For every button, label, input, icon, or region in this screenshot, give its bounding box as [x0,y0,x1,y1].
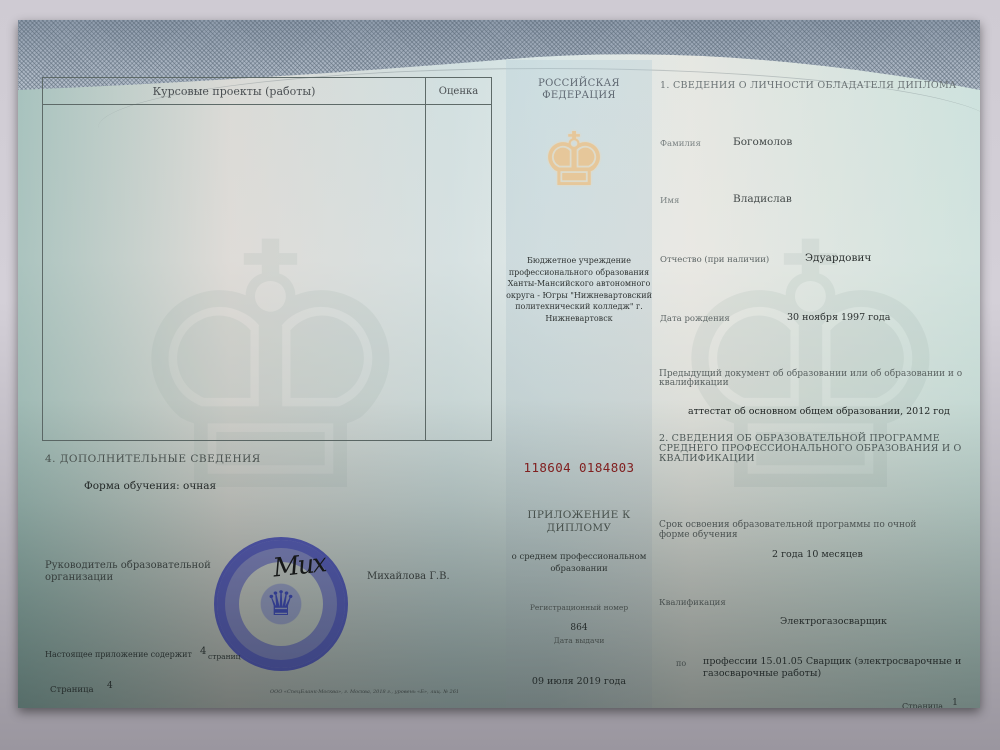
issue-date-label: Дата выдачи [506,636,652,645]
previous-document-value: аттестат об основном общем образовании, … [688,406,950,417]
name-label: Имя [660,196,679,206]
appendix-title: ПРИЛОЖЕНИЕ К ДИПЛОМУ [506,509,652,535]
section-2-title: 2. Сведения об образовательной программе… [659,434,969,464]
birth-date-label: Дата рождения [660,314,730,324]
profession-value: профессии 15.01.05 Сварщик (электросваро… [703,656,980,680]
study-term-label: Срок освоения образовательной программы … [659,520,919,540]
director-label: Руководитель образовательной организации [45,560,215,584]
name-value: Владислав [733,193,792,205]
section-1-title: 1. Сведения о личности обладателя диплом… [660,80,956,91]
registration-number: 864 [506,623,652,633]
issue-date: 09 июля 2019 года [506,676,652,687]
page-number-right: 1 [952,697,958,708]
column-header-grade: Оценка [426,86,491,97]
form-of-study: Форма обучения: очная [84,480,216,492]
double-headed-eagle-icon: ♚ [529,110,619,210]
surname-label: Фамилия [660,139,701,149]
column-header-projects: Курсовые проекты (работы) [43,85,425,98]
emblem-icon: ♛ [255,578,307,630]
country-title: РОССИЙСКАЯ ФЕДЕРАЦИЯ [506,78,652,102]
course-projects-table: Курсовые проекты (работы) Оценка [42,77,492,441]
page-label-right: Страница [902,702,943,708]
pages-word: страниц [208,652,240,661]
table-header-row: Курсовые проекты (работы) Оценка [43,78,491,105]
qualification-value: Электрогазосварщик [780,616,887,627]
institution-name: Бюджетное учреждение профессионального о… [506,255,652,324]
diploma-appendix-sheet: ♚ ♚ Курсовые проекты (работы) Оценка 4. … [18,20,980,708]
study-term-value: 2 года 10 месяцев [772,549,863,560]
column-divider [425,78,426,440]
pages-note-label: Настоящее приложение содержит [45,650,192,659]
profession-prefix: по [676,659,686,668]
previous-document-label: Предыдущий документ об образовании или о… [659,370,969,388]
section-4-title: 4. Дополнительные сведения [45,453,261,465]
pages-count: 4 [200,646,206,657]
birth-date-value: 30 ноября 1997 года [787,312,890,323]
qualification-label: Квалификация [659,598,726,608]
appendix-subtitle: о среднем профессиональном образовании [506,551,652,575]
printer-info: ООО «СпецБланк-Москва», г. Москва, 2018 … [270,689,459,695]
surname-value: Богомолов [733,136,792,148]
registration-label: Регистрационный номер [506,603,652,612]
patronymic-value: Эдуардович [805,252,871,264]
serial-number: 118604 0184803 [506,460,652,475]
page-number-left: 4 [107,681,113,691]
page-label-left: Страница [50,685,94,695]
director-name: Михайлова Г.В. [367,571,450,582]
director-signature: Мих [272,548,327,583]
patronymic-label: Отчество (при наличии) [660,255,769,265]
